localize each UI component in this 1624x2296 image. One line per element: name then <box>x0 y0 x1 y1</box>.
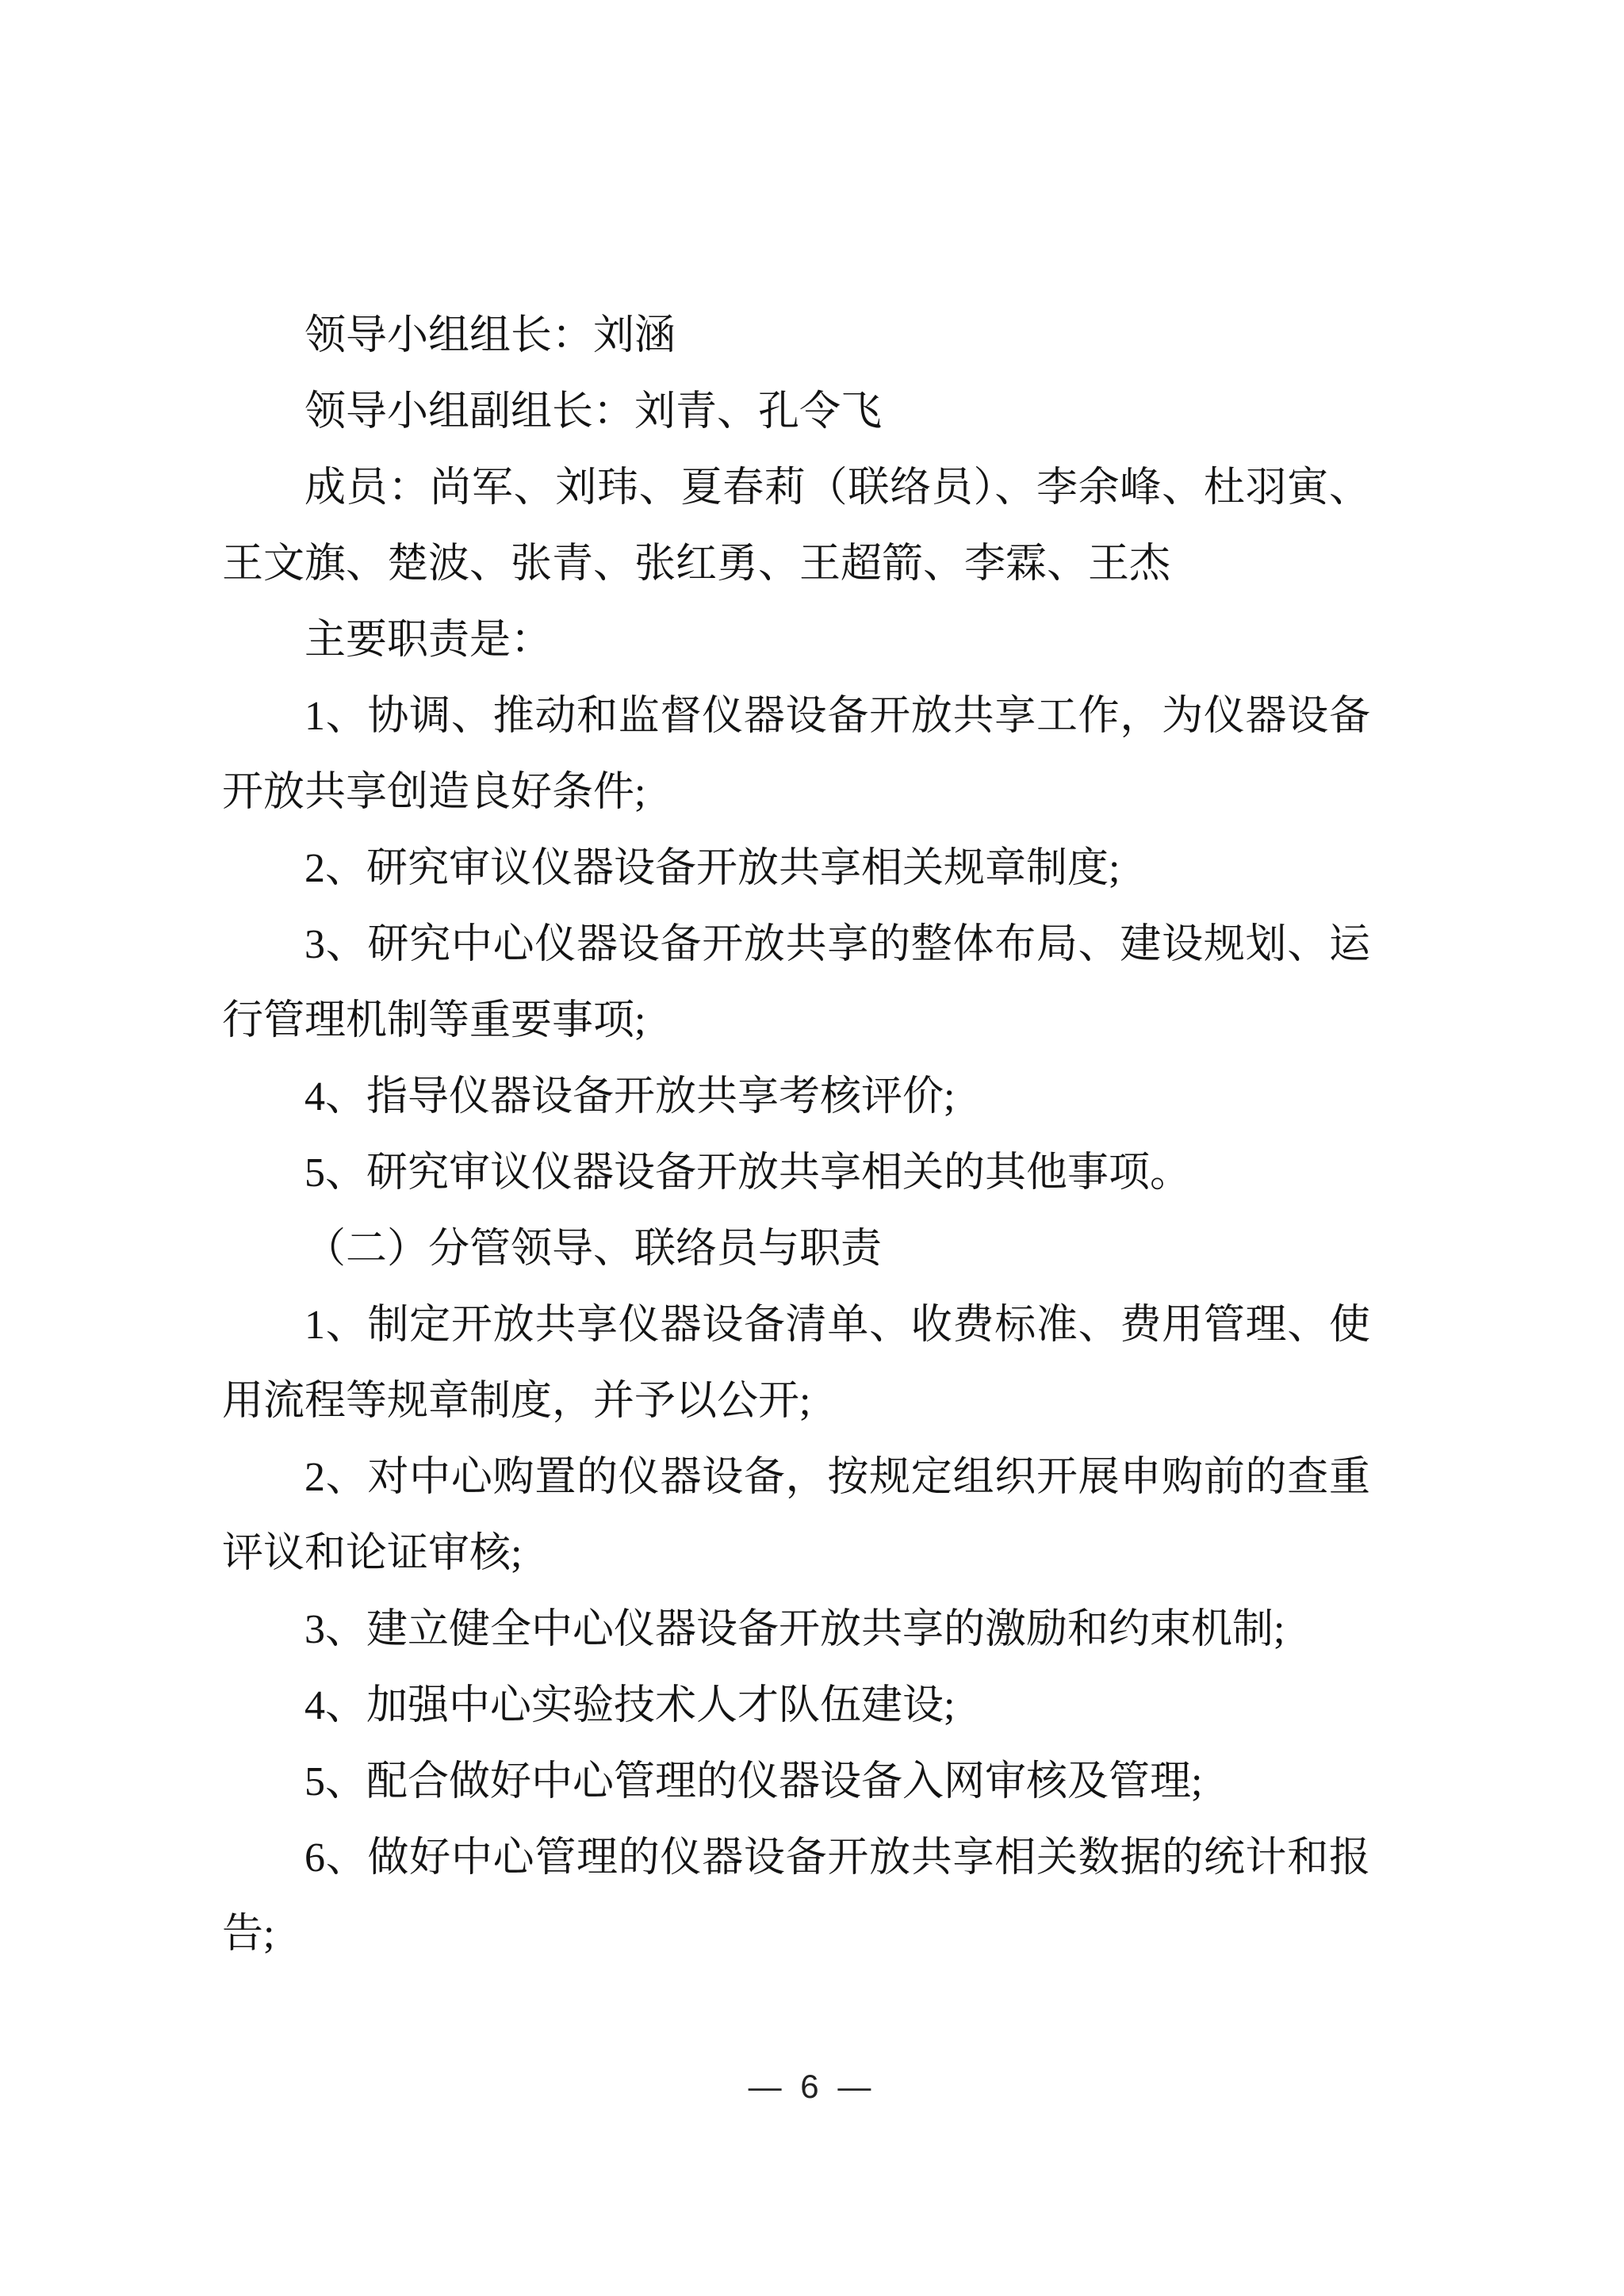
paragraph-deputy-leaders: 领导小组副组长：刘青、孔令飞 <box>222 374 1370 450</box>
document-page: 领导小组组长：刘涵 领导小组副组长：刘青、孔令飞 成员：尚军、刘玮、夏春莉（联络… <box>0 0 1624 2296</box>
paragraph-section2-item-5: 5、配合做好中心管理的仪器设备入网审核及管理; <box>222 1744 1370 1820</box>
page-number: — 6 — <box>749 2068 876 2105</box>
paragraph-duty-1: 1、协调、推动和监督仪器设备开放共享工作，为仪器设备开放共享创造良好条件; <box>222 679 1370 831</box>
paragraph-leader: 领导小组组长：刘涵 <box>222 298 1370 374</box>
paragraph-section2-item-1: 1、制定开放共享仪器设备清单、收费标准、费用管理、使用流程等规章制度，并予以公开… <box>222 1288 1370 1440</box>
document-body: 领导小组组长：刘涵 领导小组副组长：刘青、孔令飞 成员：尚军、刘玮、夏春莉（联络… <box>222 298 1370 1973</box>
paragraph-duty-5: 5、研究审议仪器设备开放共享相关的其他事项。 <box>222 1135 1370 1211</box>
paragraph-section2-item-3: 3、建立健全中心仪器设备开放共享的激励和约束机制; <box>222 1592 1370 1668</box>
paragraph-duty-2: 2、研究审议仪器设备开放共享相关规章制度; <box>222 831 1370 907</box>
paragraph-section2-item-6: 6、做好中心管理的仪器设备开放共享相关数据的统计和报告; <box>222 1820 1370 1973</box>
paragraph-section2-item-4: 4、加强中心实验技术人才队伍建设; <box>222 1668 1370 1744</box>
paragraph-members: 成员：尚军、刘玮、夏春莉（联络员）、李余峰、杜羽寅、王文旗、楚波、张青、张红勇、… <box>222 450 1370 603</box>
paragraph-duty-4: 4、指导仪器设备开放共享考核评价; <box>222 1059 1370 1135</box>
paragraph-section2-item-2: 2、对中心购置的仪器设备，按规定组织开展申购前的查重评议和论证审核; <box>222 1440 1370 1592</box>
paragraph-duty-3: 3、研究中心仪器设备开放共享的整体布局、建设规划、运行管理机制等重要事项; <box>222 907 1370 1059</box>
page-footer: — 6 — <box>0 2068 1624 2106</box>
paragraph-section-2-heading: （二）分管领导、联络员与职责 <box>222 1211 1370 1288</box>
paragraph-duties-heading: 主要职责是： <box>222 603 1370 679</box>
